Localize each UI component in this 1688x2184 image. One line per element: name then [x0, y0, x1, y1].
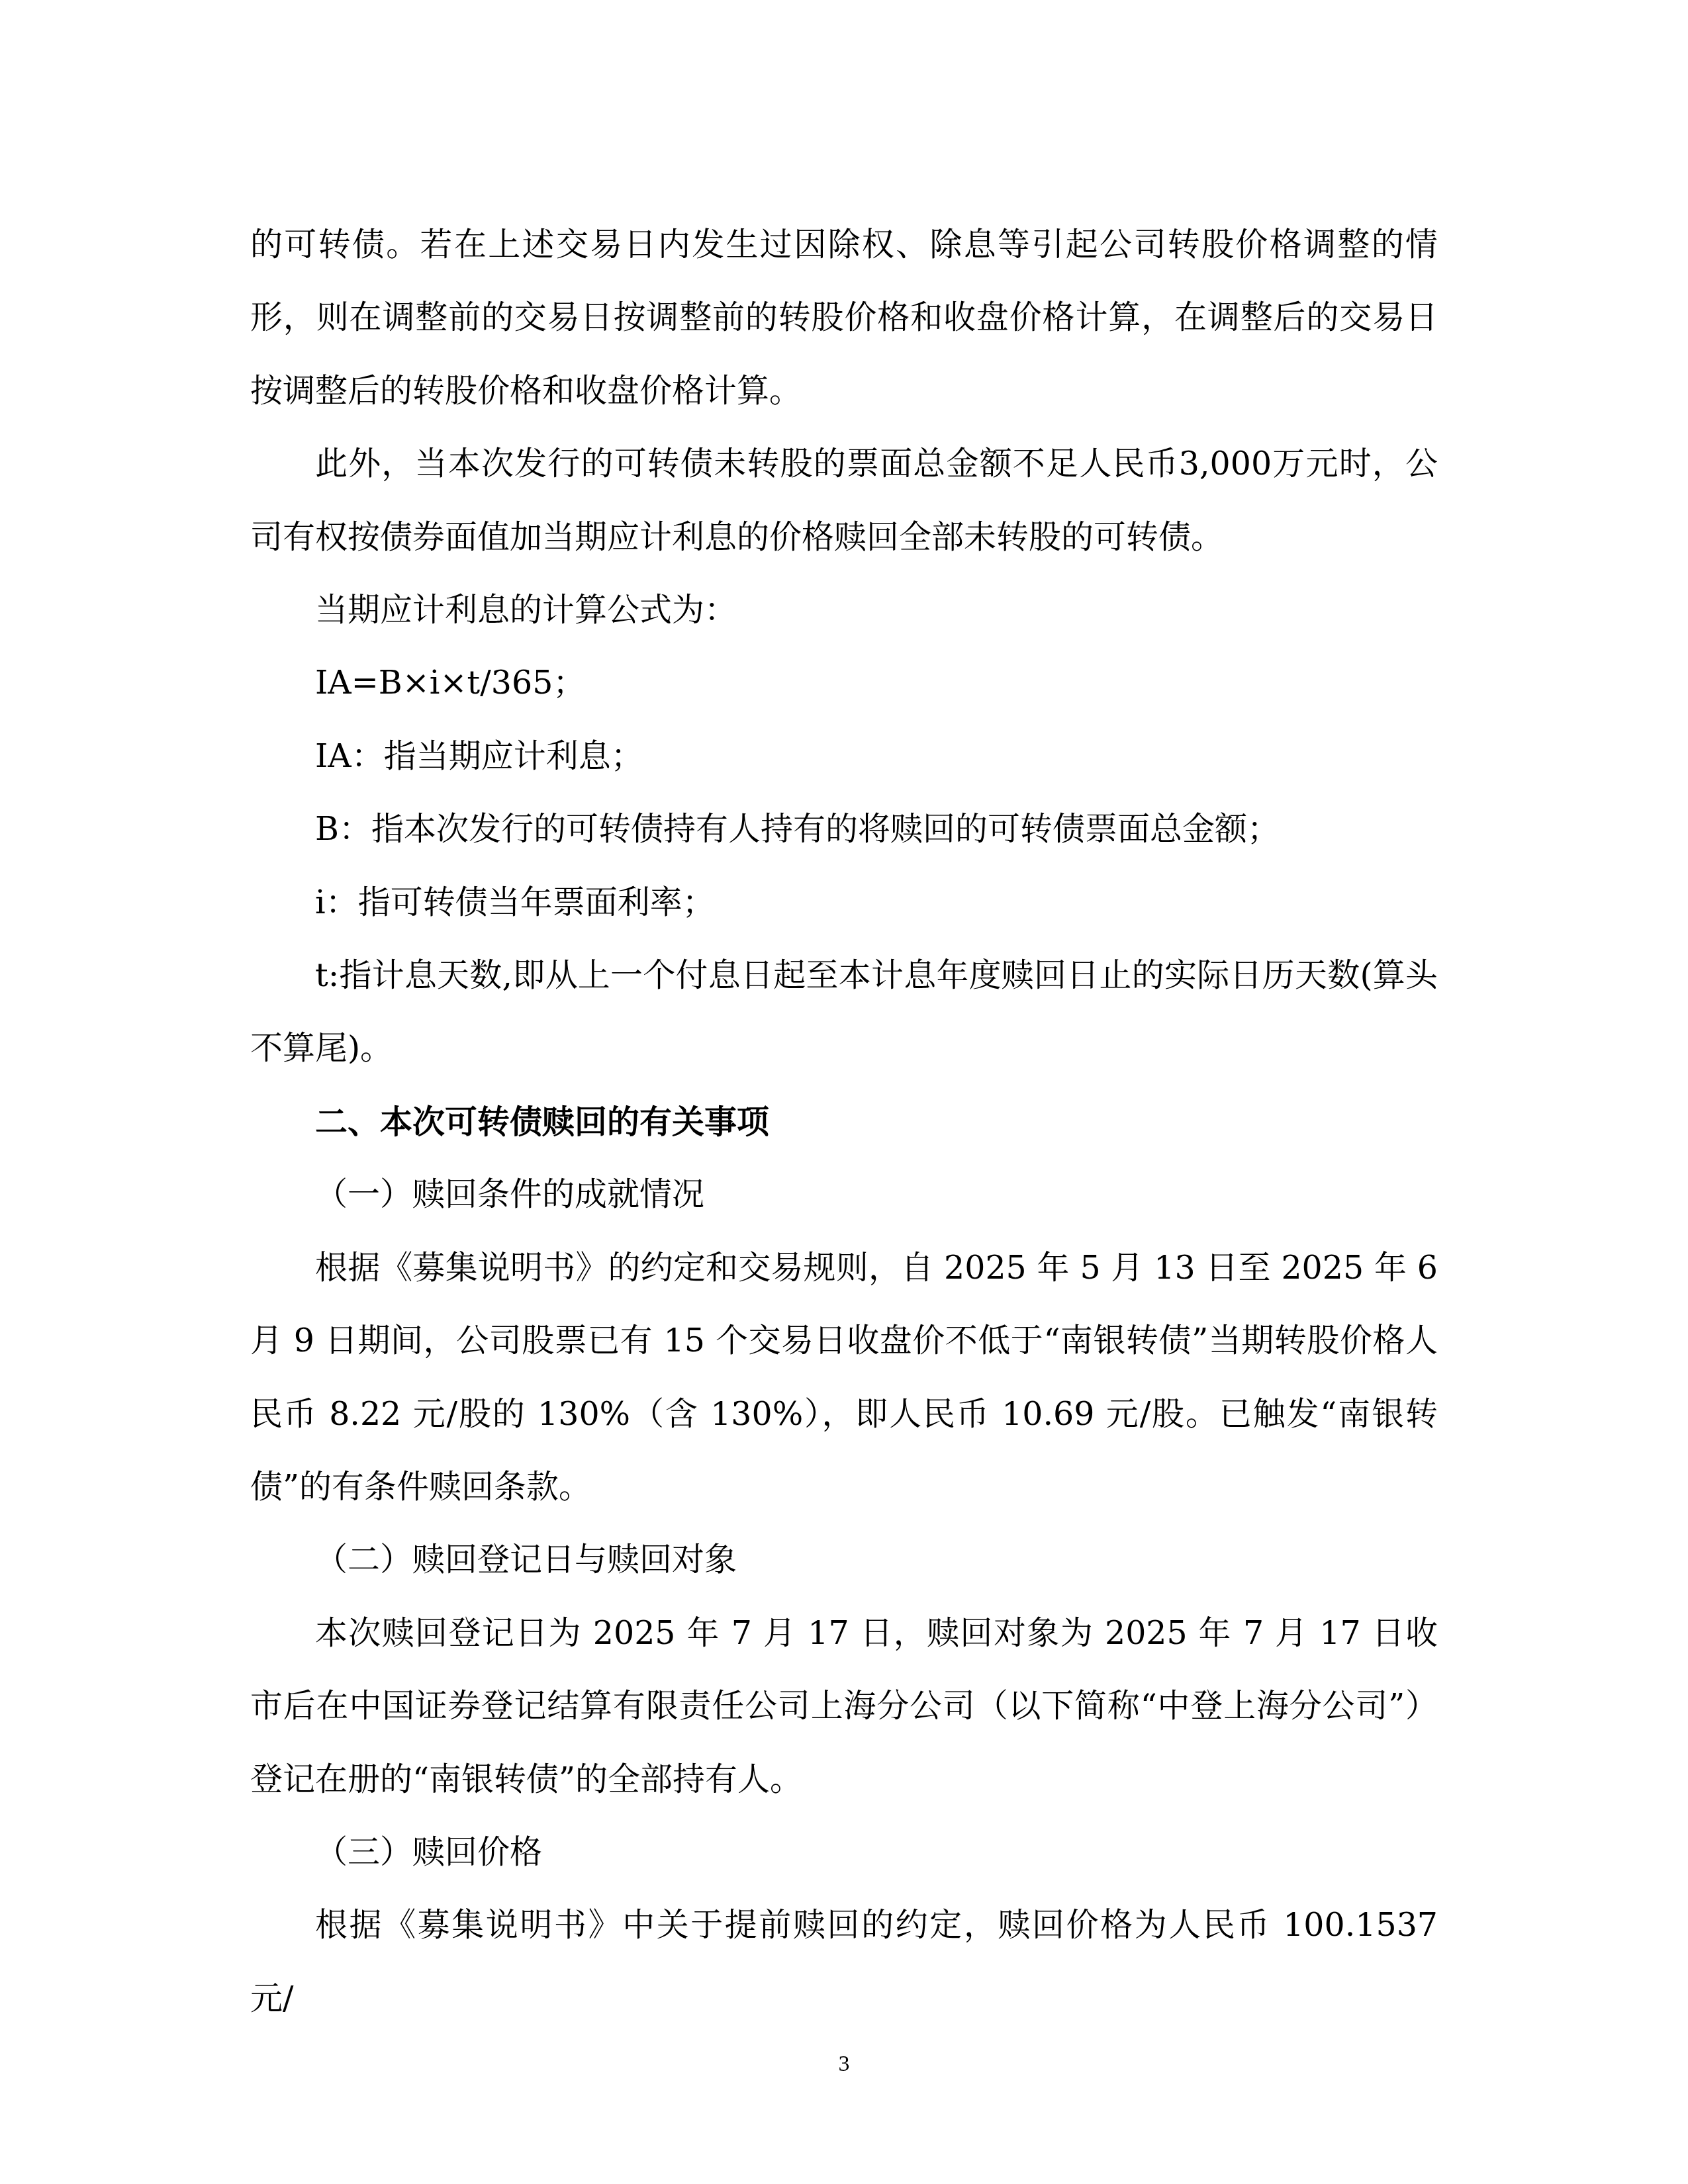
document-page: 的可转债。若在上述交易日内发生过因除权、除息等引起公司转股价格调整的情形，则在调… [0, 0, 1688, 2184]
subsection-heading-conditions: （一）赎回条件的成就情况 [250, 1158, 1438, 1231]
paragraph-conditions: 根据《募集说明书》的约定和交易规则，自 2025 年 5 月 13 日至 202… [250, 1232, 1438, 1524]
paragraph-record-date: 本次赎回登记日为 2025 年 7 月 17 日，赎回对象为 2025 年 7 … [250, 1597, 1438, 1816]
paragraph-minimum-amount-redemption: 此外，当本次发行的可转债未转股的票面总金额不足人民币3,000万元时，公司有权按… [250, 428, 1438, 574]
paragraph-formula: IA=B×i×t/365； [250, 647, 1438, 719]
paragraph-def-b: B：指本次发行的可转债持有人持有的将赎回的可转债票面总金额； [250, 793, 1438, 866]
page-number: 3 [0, 2052, 1688, 2077]
paragraph-formula-intro: 当期应计利息的计算公式为： [250, 574, 1438, 647]
paragraph-def-ia: IA：指当期应计利息； [250, 720, 1438, 793]
document-body: 的可转债。若在上述交易日内发生过因除权、除息等引起公司转股价格调整的情形，则在调… [250, 208, 1438, 2035]
paragraph-def-t: t:指计息天数,即从上一个付息日起至本计息年度赎回日止的实际日历天数(算头不算尾… [250, 939, 1438, 1085]
paragraph-continuation: 的可转债。若在上述交易日内发生过因除权、除息等引起公司转股价格调整的情形，则在调… [250, 208, 1438, 428]
section-heading: 二、本次可转债赎回的有关事项 [250, 1085, 1438, 1158]
subsection-heading-price: （三）赎回价格 [250, 1816, 1438, 1889]
subsection-heading-record-date: （二）赎回登记日与赎回对象 [250, 1524, 1438, 1596]
paragraph-def-i: i：指可转债当年票面利率； [250, 866, 1438, 939]
paragraph-price: 根据《募集说明书》中关于提前赎回的约定，赎回价格为人民币 100.1537 元/ [250, 1889, 1438, 2035]
